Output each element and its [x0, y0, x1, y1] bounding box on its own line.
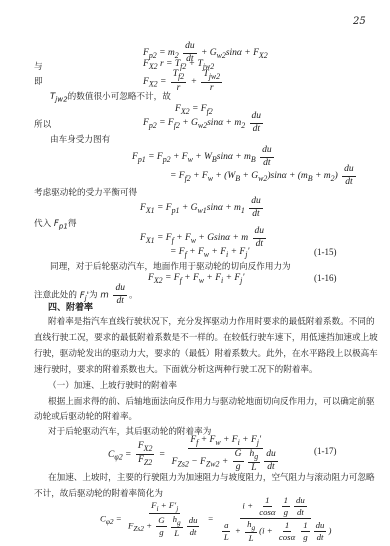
- equation-fx1: FX1 = Fp1 + Gw1sinα + m1 dudt: [140, 197, 265, 219]
- label-ji: 即: [34, 75, 43, 87]
- equation-c-phi2-simplified: Cφ2 = Fi + F'jFZs2 + GghgLdudt = i + 1co…: [100, 496, 335, 542]
- section-heading-4: 四、附着率: [48, 300, 93, 313]
- para1-line2: 直线行驶工况，要求的最低附着系数是不一样的。在较低行驶车速下，用低速挡加速或上坡: [34, 331, 378, 343]
- text-dairu: 代入 Fp1得: [34, 217, 77, 231]
- para1-line4: 速行驶时，要求的附着系数也大。下面就分析这两种行驶工况下的附着率。: [34, 363, 318, 375]
- equation-fx1-c: = Ff + Fw + Fi + Fj': [170, 247, 249, 259]
- page-number: 25: [353, 16, 366, 27]
- text-tongli: 同理，对于后轮驱动汽车，地面作用于驱动轮的切向反作用力为: [50, 260, 291, 272]
- text-kaolv: 考虑驱动轮的受力平衡可得: [34, 186, 137, 198]
- text-tjw2: Tjw2的数值很小可忽略不计，故: [50, 90, 171, 104]
- subsection-heading-1: （一）加速、上坡行驶时的附着率: [48, 379, 177, 391]
- equation-fx2-b: FX2 = Ff + Fw + Fi + Fj': [148, 273, 244, 285]
- label-suoyi: 所以: [34, 118, 51, 130]
- equation-number-1-17: (1-17): [314, 446, 337, 456]
- equation-fp1-b: = Ff2 + Fw + (WB + Gw2)sinα + (mB + m2) …: [170, 165, 358, 187]
- equation-c-phi2: Cφ2 = FX2FZ2 = Ff + Fw + Fi + Fj'FZs2 − …: [108, 436, 284, 473]
- equation-number-1-15: (1-15): [314, 247, 337, 257]
- equation-fp2-b: Fp2 = Ff2 + Gw2sinα + m2 dudt: [143, 112, 265, 134]
- para2-line1: 根据上面求得的前、后轴地面法向反作用力与驱动轮地面切向反作用力，可以确定前驱: [48, 395, 375, 407]
- para2-line2: 动轮或后驱动轮的附着率。: [34, 410, 137, 422]
- para3-line1: 在加速、上坡时，主要的行驶阻力为加速阻力与坡度阻力，空气阻力与滚动阻力可忽略: [48, 471, 375, 483]
- equation-fx1-b: FX1 = Ff + Fw + Gsinα + m dudt: [140, 227, 268, 249]
- para1-line1: 附着率是指汽车直线行驶状况下，充分发挥驱动力作用时要求的最低附着系数。不同的: [48, 315, 375, 327]
- para1-line3: 行驶，驱动轮发出的驱动力大，要求的（最低）附着系数大。此外，在水平路段上以极高车: [34, 347, 378, 359]
- label-yu: 与: [34, 60, 43, 72]
- equation-number-1-16: (1-16): [314, 273, 337, 283]
- text-cheshen: 由车身受力图有: [50, 133, 110, 145]
